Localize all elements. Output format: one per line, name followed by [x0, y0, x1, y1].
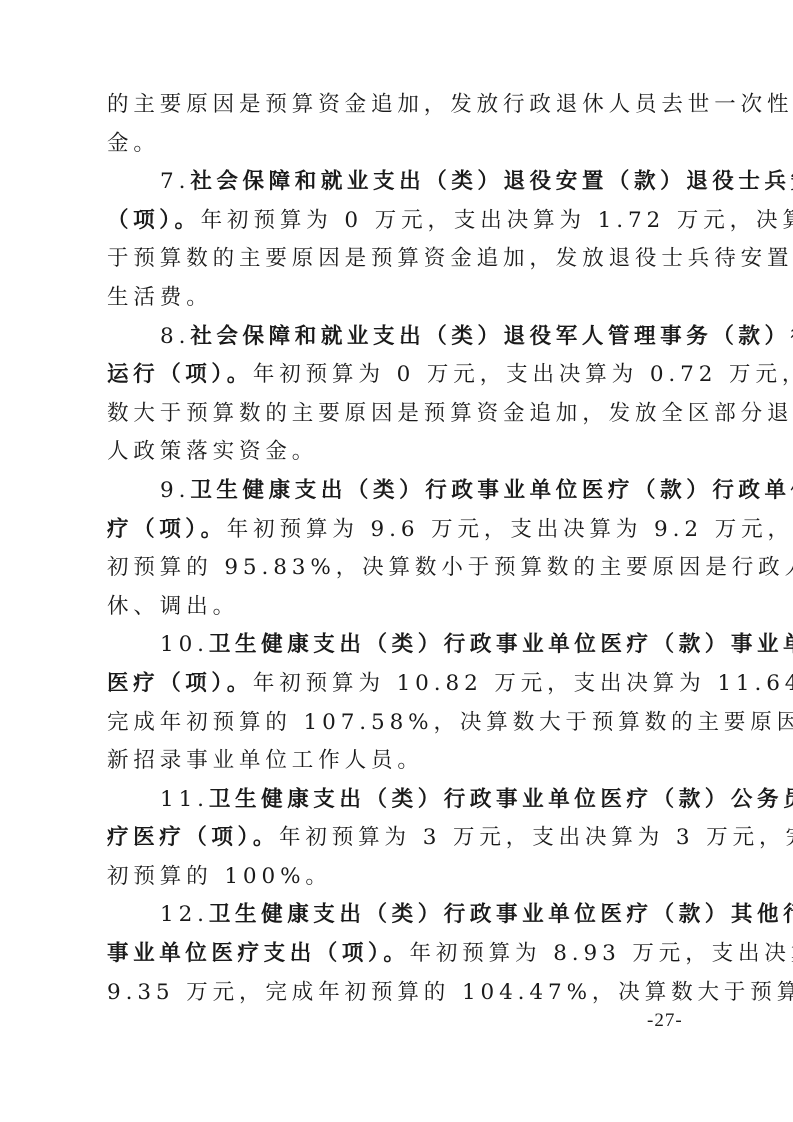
- text-line: 9.35 万元，完成年初预算的 104.47%，决算数大于预算数的主要: [107, 974, 691, 1013]
- item-title-bold: 疗医疗（项）。: [107, 825, 279, 850]
- text-line: 休、调出。: [107, 588, 691, 627]
- text-line: 初预算的 100%。: [107, 858, 691, 897]
- item-9-heading: 9.卫生健康支出（类）行政事业单位医疗（款）行政单位医: [107, 472, 691, 511]
- item-number: 7.: [160, 169, 190, 194]
- item-number: 8.: [160, 324, 190, 349]
- item-11-heading: 11.卫生健康支出（类）行政事业单位医疗（款）公务员医: [107, 781, 691, 820]
- body-text: 年初预算为 10.82 万元，支出决算为 11.64 万元，: [253, 671, 793, 696]
- body-text: 年初预算为 9.6 万元，支出决算为 9.2 万元，完成年: [227, 517, 793, 542]
- text-line: 的主要原因是预算资金追加，发放行政退休人员去世一次性抚恤: [107, 86, 691, 125]
- item-title-bold: 社会保障和就业支出（类）退役军人管理事务（款）行政: [190, 324, 793, 349]
- body-text: 的主要原因是预算资金追加，发放行政退休人员去世一次性抚恤: [107, 92, 793, 117]
- body-text: 年初预算为 0 万元，支出决算为 0.72 万元，决算: [253, 362, 793, 387]
- document-body: 的主要原因是预算资金追加，发放行政退休人员去世一次性抚恤 金。 7.社会保障和就…: [107, 86, 691, 1012]
- text-line: 人政策落实资金。: [107, 433, 691, 472]
- text-line: 医疗（项）。年初预算为 10.82 万元，支出决算为 11.64 万元，: [107, 665, 691, 704]
- text-line: 数大于预算数的主要原因是预算资金追加，发放全区部分退役军: [107, 395, 691, 434]
- body-text: 休、调出。: [107, 594, 239, 619]
- item-title-bold: 医疗（项）。: [107, 671, 253, 696]
- text-line: （项）。年初预算为 0 万元，支出决算为 1.72 万元，决算数大: [107, 202, 691, 241]
- item-title-bold: （项）。: [107, 208, 201, 233]
- body-text: 初预算的 95.83%，决算数小于预算数的主要原因是行政人员退: [107, 555, 793, 580]
- item-title-bold: 社会保障和就业支出（类）退役安置（款）退役士兵安置: [190, 169, 793, 194]
- item-12-heading: 12.卫生健康支出（类）行政事业单位医疗（款）其他行政: [107, 896, 691, 935]
- item-title-bold: 事业单位医疗支出（项）。: [107, 941, 409, 966]
- item-number: 9.: [160, 478, 190, 503]
- page-number: -27-: [647, 1010, 683, 1032]
- body-text: 金。: [107, 131, 160, 156]
- body-text: 完成年初预算的 107.58%，决算数大于预算数的主要原因是增加: [107, 710, 793, 735]
- body-text: 生活费。: [107, 285, 213, 310]
- item-title-bold: 运行（项）。: [107, 362, 253, 387]
- text-line: 事业单位医疗支出（项）。年初预算为 8.93 万元，支出决算为: [107, 935, 691, 974]
- text-line: 疗（项）。年初预算为 9.6 万元，支出决算为 9.2 万元，完成年: [107, 511, 691, 550]
- body-text: 年初预算为 8.93 万元，支出决算为: [409, 941, 793, 966]
- text-line: 于预算数的主要原因是预算资金追加，发放退役士兵待安置期间: [107, 240, 691, 279]
- text-line: 金。: [107, 125, 691, 164]
- body-text: 9.35 万元，完成年初预算的 104.47%，决算数大于预算数的主要: [107, 980, 793, 1005]
- text-line: 初预算的 95.83%，决算数小于预算数的主要原因是行政人员退: [107, 549, 691, 588]
- body-text: 新招录事业单位工作人员。: [107, 748, 424, 773]
- item-title-bold: 卫生健康支出（类）行政事业单位医疗（款）公务员医: [209, 787, 793, 812]
- body-text: 年初预算为 3 万元，支出决算为 3 万元，完成年: [279, 825, 793, 850]
- body-text: 初预算的 100%。: [107, 864, 332, 889]
- body-text: 人政策落实资金。: [107, 439, 318, 464]
- item-number: 12.: [160, 902, 209, 927]
- item-title-bold: 疗（项）。: [107, 517, 227, 542]
- item-8-heading: 8.社会保障和就业支出（类）退役军人管理事务（款）行政: [107, 318, 691, 357]
- item-number: 11.: [160, 787, 209, 812]
- text-line: 新招录事业单位工作人员。: [107, 742, 691, 781]
- item-title-bold: 卫生健康支出（类）行政事业单位医疗（款）事业单位: [209, 632, 793, 657]
- body-text: 数大于预算数的主要原因是预算资金追加，发放全区部分退役军: [107, 401, 793, 426]
- text-line: 生活费。: [107, 279, 691, 318]
- item-title-bold: 卫生健康支出（类）行政事业单位医疗（款）行政单位医: [190, 478, 793, 503]
- body-text: 于预算数的主要原因是预算资金追加，发放退役士兵待安置期间: [107, 246, 793, 271]
- text-line: 疗医疗（项）。年初预算为 3 万元，支出决算为 3 万元，完成年: [107, 819, 691, 858]
- item-7-heading: 7.社会保障和就业支出（类）退役安置（款）退役士兵安置: [107, 163, 691, 202]
- text-line: 完成年初预算的 107.58%，决算数大于预算数的主要原因是增加: [107, 704, 691, 743]
- body-text: 年初预算为 0 万元，支出决算为 1.72 万元，决算数大: [201, 208, 793, 233]
- text-line: 运行（项）。年初预算为 0 万元，支出决算为 0.72 万元，决算: [107, 356, 691, 395]
- item-title-bold: 卫生健康支出（类）行政事业单位医疗（款）其他行政: [209, 902, 793, 927]
- item-number: 10.: [160, 632, 209, 657]
- item-10-heading: 10.卫生健康支出（类）行政事业单位医疗（款）事业单位: [107, 626, 691, 665]
